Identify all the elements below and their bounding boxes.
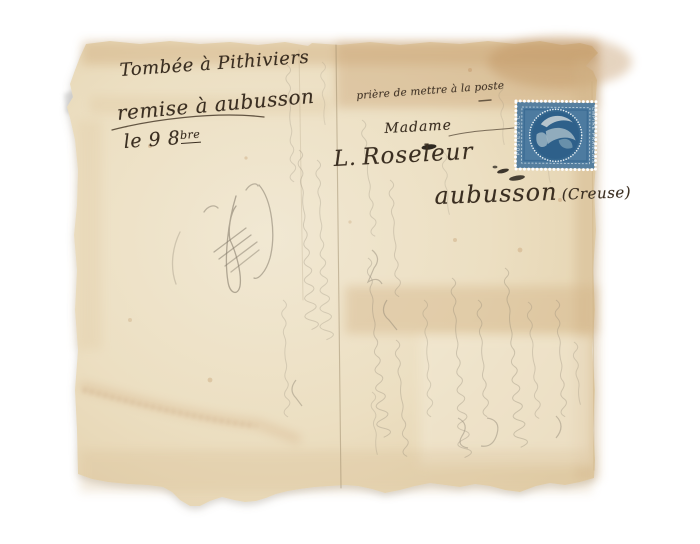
annotation-date-superscript: bre [180, 127, 201, 143]
paper-artwork: EMPIRE FRANCAIS POSTES 20 C [0, 0, 700, 544]
antique-letter-photo: EMPIRE FRANCAIS POSTES 20 C Tombée à Pit… [0, 0, 700, 544]
postage-stamp: EMPIRE FRANCAIS POSTES 20 C [515, 101, 596, 170]
destination-city: aubusson [434, 178, 558, 210]
stamp-left-text: POSTES 20 C [516, 115, 521, 156]
destination-department: (Creuse) [561, 183, 631, 203]
recipient-initial: L. [333, 146, 357, 172]
stamp-right-text: EMPIRE FRANCAIS [591, 107, 596, 164]
annotation-date-main: le 9 8 [123, 127, 181, 153]
